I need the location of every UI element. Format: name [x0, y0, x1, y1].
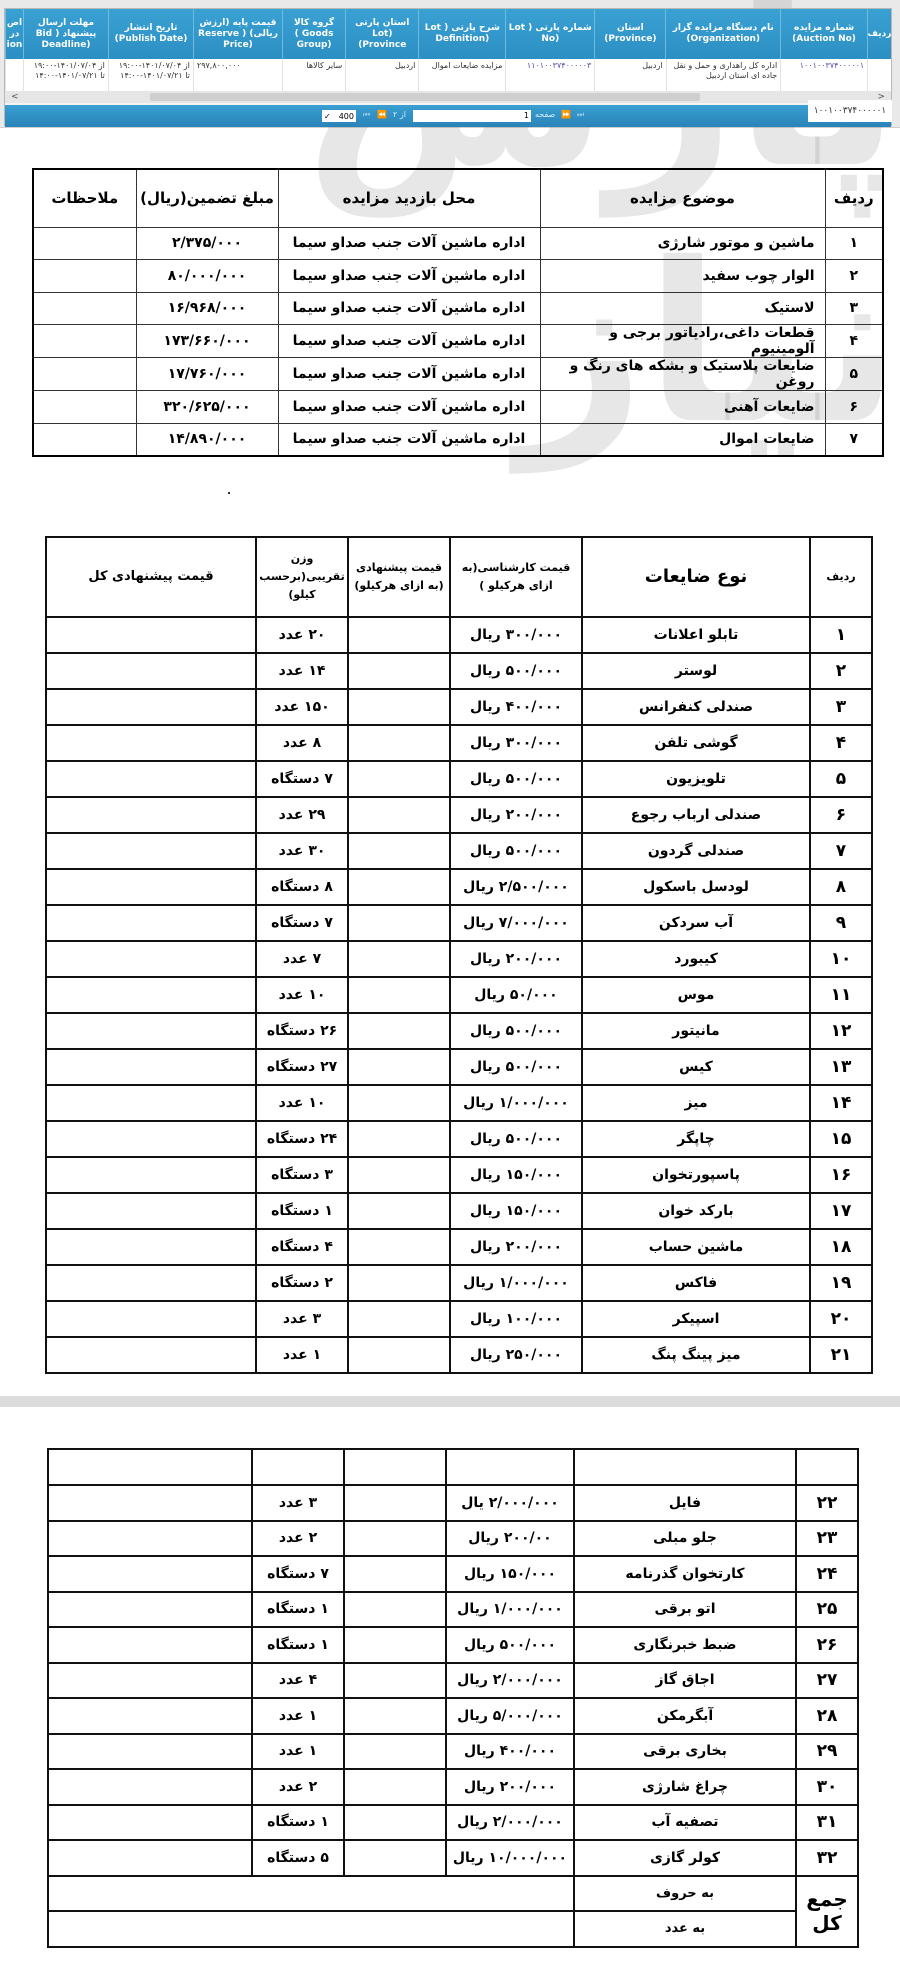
- table-row: ۴قطعات داغی،رادیاتور برجی و آلومینیومادا…: [33, 325, 883, 358]
- cell-row-number: ۲۵: [796, 1592, 858, 1628]
- cell-guarantee: ۸۰/۰۰۰/۰۰۰: [136, 260, 278, 293]
- cell-quantity: ۴ دستگاه: [256, 1229, 348, 1265]
- cell-scrap-type: جلو مبلی: [574, 1521, 796, 1557]
- grid-column-header[interactable]: اص در ion: [5, 9, 23, 59]
- cell-scrap-type: فاکس: [582, 1265, 810, 1301]
- cell-expert-price: ۵۰۰/۰۰۰ ریال: [450, 1013, 582, 1049]
- table-row: ۷ضایعات اموالاداره ماشین آلات جنب صداو س…: [33, 423, 883, 456]
- table-row: ۶ضایعات آهنیاداره ماشین آلات جنب صداو سی…: [33, 391, 883, 424]
- cell-lot-definition: مزایده ضایعات اموال: [418, 59, 505, 91]
- header-auction-subject: موضوع مزایده: [540, 169, 825, 227]
- cell-row-number: ۱۹: [810, 1265, 872, 1301]
- header-scrap-type: نوع ضایعات: [582, 537, 810, 617]
- grid-data-row[interactable]: ۱۰۰۱۰۰۳۷۴۰۰۰۰۰۱ اداره کل راهداری و حمل و…: [5, 59, 891, 91]
- grid-column-header[interactable]: استان پارتی (Lot Province): [345, 9, 418, 59]
- cell-remarks: [33, 423, 136, 456]
- cell-offered-price[interactable]: [348, 1049, 450, 1085]
- grand-total-label: جمع کل: [796, 1876, 858, 1947]
- cell-publish-date: از ۱۴۰۱/۰۷/۰۴-۱۹:۰۰ تا ۱۴۰۱/۰۷/۲۱-۱۴:۰۰: [108, 59, 193, 91]
- cell-offered-price[interactable]: [348, 653, 450, 689]
- cell-row-number: ۴: [825, 325, 883, 358]
- cell-total-price[interactable]: [48, 1840, 252, 1876]
- cell-reserve-price: ۲۹۷,۸۰۰,۰۰۰: [193, 59, 282, 91]
- grid-column-header[interactable]: گروه کالا Goods ) (Group: [282, 9, 345, 59]
- cell-row-number: ۱۵: [810, 1121, 872, 1157]
- grid-column-header[interactable]: شماره مزایده (Auction No): [780, 9, 867, 59]
- cell-offered-price[interactable]: [344, 1627, 446, 1663]
- cell-total-price[interactable]: [48, 1592, 252, 1628]
- cell-quantity: ۳ عدد: [252, 1485, 344, 1521]
- cell-row-number: ۲۷: [796, 1663, 858, 1699]
- grand-total-text: جمع کل: [806, 1887, 847, 1935]
- cell-row-number: ۲۴: [796, 1556, 858, 1592]
- cell-quantity: ۱ دستگاه: [256, 1193, 348, 1229]
- cell-offered-price[interactable]: [344, 1663, 446, 1699]
- cell-offered-price[interactable]: [348, 761, 450, 797]
- cell-scrap-type: صندلی گردون: [582, 833, 810, 869]
- cell-row-number: ۱۳: [810, 1049, 872, 1085]
- cell-row-number: ۱۷: [810, 1193, 872, 1229]
- cell-scrap-type: تابلو اعلانات: [582, 617, 810, 653]
- cell-total-price[interactable]: [48, 1769, 252, 1805]
- cell-expert-price: ۱۰۰/۰۰۰ ریال: [450, 1301, 582, 1337]
- cell-location: اداره ماشین آلات جنب صداو سیما: [278, 325, 540, 358]
- blank-cell: [252, 1449, 344, 1485]
- cell-row-number: ۲: [825, 260, 883, 293]
- cell-lot-no[interactable]: ۱۱۰۱۰۰۳۷۴۰۰۰۰۰۳: [505, 59, 594, 91]
- cell-quantity: ۱ دستگاه: [252, 1627, 344, 1663]
- grid-header-row: ردیفشماره مزایده (Auction No)نام دستگاه …: [5, 9, 891, 59]
- cell-quantity: ۲۷ دستگاه: [256, 1049, 348, 1085]
- cell-guarantee: ۳۲۰/۶۲۵/۰۰۰: [136, 391, 278, 424]
- cell-scrap-type: مانیتور: [582, 1013, 810, 1049]
- cell-offered-price[interactable]: [348, 869, 450, 905]
- cell-offered-price[interactable]: [348, 617, 450, 653]
- scrap-items-table-continued: ۲۲فایل۲/۰۰۰/۰۰۰ یال۳ عدد۲۳جلو مبلی۲۰۰/۰۰…: [47, 1448, 859, 1948]
- cell-row-number: ۴: [810, 725, 872, 761]
- table-row: ۲۵اتو برقی۱/۰۰۰/۰۰۰ ریال۱ دستگاه: [48, 1592, 858, 1628]
- cell-quantity: ۳ دستگاه: [256, 1157, 348, 1193]
- cell-offered-price[interactable]: [344, 1769, 446, 1805]
- cell-total-price[interactable]: [46, 653, 256, 689]
- cell-offered-price[interactable]: [348, 1265, 450, 1301]
- cell-expert-price: ۱/۰۰۰/۰۰۰ ریال: [450, 1265, 582, 1301]
- table-row: ۳صندلی کنفرانس۴۰۰/۰۰۰ ریال۱۵۰ عدد: [46, 689, 872, 725]
- cell-guarantee: ۲/۳۷۵/۰۰۰: [136, 227, 278, 260]
- cell-scrap-type: میز: [582, 1085, 810, 1121]
- cell-expert-price: ۲۰۰/۰۰۰ ریال: [450, 941, 582, 977]
- table-row: ۱۱موس۵۰/۰۰۰ ریال۱۰ عدد: [46, 977, 872, 1013]
- cell-offered-price[interactable]: [348, 1337, 450, 1373]
- cell-offered-price[interactable]: [344, 1840, 446, 1876]
- cell-expert-price: ۴۰۰/۰۰۰ ریال: [450, 689, 582, 725]
- cell-expert-price: ۲۰۰/۰۰۰ ریال: [446, 1769, 574, 1805]
- cell-row-number: ۶: [825, 391, 883, 424]
- table-row: ۲۴کارتخوان گذرنامه۱۵۰/۰۰۰ ریال۷ دستگاه: [48, 1556, 858, 1592]
- page-number-input[interactable]: 1: [413, 110, 531, 122]
- cell-row-number: ۸: [810, 869, 872, 905]
- cell-quantity: ۷ دستگاه: [256, 905, 348, 941]
- cell-total-price[interactable]: [46, 1337, 256, 1373]
- cell-total-price[interactable]: [46, 1193, 256, 1229]
- cell-row-number: ۳: [810, 689, 872, 725]
- cell-quantity: ۸ دستگاه: [256, 869, 348, 905]
- cell-row-number: ۲۲: [796, 1485, 858, 1521]
- cell-offered-price[interactable]: [348, 1193, 450, 1229]
- grid-column-header[interactable]: شماره پارتی ( Lot (No: [505, 9, 594, 59]
- cell-expert-price: ۵۰۰/۰۰۰ ریال: [450, 1121, 582, 1157]
- cell-offered-price[interactable]: [344, 1734, 446, 1770]
- header-total-offered-price: قیمت پیشنهادی کل: [46, 537, 256, 617]
- cell-scrap-type: تصفیه آب: [574, 1805, 796, 1841]
- cell-offered-price[interactable]: [348, 1013, 450, 1049]
- cell-location: اداره ماشین آلات جنب صداو سیما: [278, 227, 540, 260]
- blank-header-row: [48, 1449, 858, 1485]
- cell-expert-price: ۱/۰۰۰/۰۰۰ ریال: [450, 1085, 582, 1121]
- cell-scrap-type: چاپگر: [582, 1121, 810, 1157]
- auction-subjects-table: ردیف موضوع مزایده محل بازدید مزایده مبلغ…: [32, 168, 884, 457]
- table-row: ۶صندلی ارباب رجوع۲۰۰/۰۰۰ ریال۲۹ عدد: [46, 797, 872, 833]
- cell-expert-price: ۲۰۰/۰۰۰ ریال: [450, 1229, 582, 1265]
- cell-total-price[interactable]: [46, 1157, 256, 1193]
- prev-page-icon[interactable]: ⏪: [377, 110, 387, 119]
- table-row: ۲۰اسپیکر۱۰۰/۰۰۰ ریال۳ عدد: [46, 1301, 872, 1337]
- cell-location: اداره ماشین آلات جنب صداو سیما: [278, 292, 540, 325]
- cell-location: اداره ماشین آلات جنب صداو سیما: [278, 260, 540, 293]
- cell-row-number: ۲۳: [796, 1521, 858, 1557]
- cell-quantity: ۱ عدد: [252, 1734, 344, 1770]
- cell-quantity: ۷ دستگاه: [252, 1556, 344, 1592]
- cell-total-price[interactable]: [46, 905, 256, 941]
- cell-scrap-type: ماشین حساب: [582, 1229, 810, 1265]
- total-in-numbers-field[interactable]: [48, 1911, 574, 1947]
- table-row: ۱ماشین و موتور شارژیاداره ماشین آلات جنب…: [33, 227, 883, 260]
- blank-cell: [574, 1449, 796, 1485]
- cell-quantity: ۷ عدد: [256, 941, 348, 977]
- cell-expert-price: ۵۰۰/۰۰۰ ریال: [450, 1049, 582, 1085]
- cell-guarantee: ۱۷/۷۶۰/۰۰۰: [136, 358, 278, 391]
- cell-total-price[interactable]: [46, 1049, 256, 1085]
- table-row: ۱تابلو اعلانات۳۰۰/۰۰۰ ریال۲۰ عدد: [46, 617, 872, 653]
- cell-auction-no[interactable]: ۱۰۰۱۰۰۳۷۴۰۰۰۰۰۱: [780, 59, 867, 91]
- cell-guarantee: ۱۴/۸۹۰/۰۰۰: [136, 423, 278, 456]
- cell-scrap-type: فایل: [574, 1485, 796, 1521]
- cell-expert-price: ۱۵۰/۰۰۰ ریال: [450, 1193, 582, 1229]
- cell-row-number: ۲۰: [810, 1301, 872, 1337]
- table-row: ۱۵چاپگر۵۰۰/۰۰۰ ریال۲۴ دستگاه: [46, 1121, 872, 1157]
- cell-scrap-type: آب سردکن: [582, 905, 810, 941]
- cell-total-price[interactable]: [48, 1627, 252, 1663]
- cell-scrap-type: کیبورد: [582, 941, 810, 977]
- cell-total-price[interactable]: [46, 1301, 256, 1337]
- cell-total-price[interactable]: [48, 1556, 252, 1592]
- cell-offered-price[interactable]: [348, 941, 450, 977]
- cell-subject: ضایعات اموال: [540, 423, 825, 456]
- cell-row-number: ۹: [810, 905, 872, 941]
- cell-quantity: ۲ عدد: [252, 1521, 344, 1557]
- table-row: ۲۲فایل۲/۰۰۰/۰۰۰ یال۳ عدد: [48, 1485, 858, 1521]
- cell-total-price[interactable]: [48, 1698, 252, 1734]
- cell-quantity: ۲۴ دستگاه: [256, 1121, 348, 1157]
- grid-column-header[interactable]: نام دستگاه مزایده گزار (Organization): [665, 9, 780, 59]
- auction-results-grid: پارس نیاز ردیفشماره مزایده (Auction No)ن…: [0, 0, 900, 128]
- cell-location: اداره ماشین آلات جنب صداو سیما: [278, 423, 540, 456]
- cell-row-number: ۲۹: [796, 1734, 858, 1770]
- table-header-row: ردیف موضوع مزایده محل بازدید مزایده مبلغ…: [33, 169, 883, 227]
- cell-expert-price: ۱۰/۰۰۰/۰۰۰ ریال: [446, 1840, 574, 1876]
- grid-column-header[interactable]: استان (Province): [594, 9, 665, 59]
- cell-expert-price: ۲/۰۰۰/۰۰۰ ریال: [446, 1805, 574, 1841]
- cell-offered-price[interactable]: [344, 1485, 446, 1521]
- table-row: ۱۴میز۱/۰۰۰/۰۰۰ ریال۱۰ عدد: [46, 1085, 872, 1121]
- cell-scrap-type: تلویزیون: [582, 761, 810, 797]
- cell-expert-price: ۵/۰۰۰/۰۰۰ ریال: [446, 1698, 574, 1734]
- table-row: ۳۰چراغ شارژی۲۰۰/۰۰۰ ریال۲ عدد: [48, 1769, 858, 1805]
- cell-remarks: [33, 325, 136, 358]
- cell-total-price[interactable]: [48, 1663, 252, 1699]
- scrollbar-thumb[interactable]: [150, 93, 700, 101]
- grid-column-header[interactable]: تاریخ انتشار (Publish Date): [108, 9, 193, 59]
- cell-total-price[interactable]: [46, 617, 256, 653]
- cell-remarks: [33, 358, 136, 391]
- cell-row-number: ۵: [810, 761, 872, 797]
- table-header-row: ردیف نوع ضایعات قیمت کارشناسی(به ازای هر…: [46, 537, 872, 617]
- cell-total-price[interactable]: [46, 1085, 256, 1121]
- cell-expert-price: ۲۰۰/۰۰۰ ریال: [450, 797, 582, 833]
- cell-scrap-type: بارکد خوان: [582, 1193, 810, 1229]
- cell-subject: ضایعات پلاستیک و بشکه های رنگ و روغن: [540, 358, 825, 391]
- grid-column-header[interactable]: شرح پارتی ( Lot (Definition: [418, 9, 505, 59]
- header-approx-weight: وزن تقریبی(برحسب کیلو): [256, 537, 348, 617]
- cell-subject: لاستیک: [540, 292, 825, 325]
- cell-extra: [5, 59, 23, 91]
- table-row: ۸لودسل باسکول۲/۵۰۰/۰۰۰ ریال۸ دستگاه: [46, 869, 872, 905]
- table-row: ۹آب سردکن۷/۰۰۰/۰۰۰ ریال۷ دستگاه: [46, 905, 872, 941]
- cell-offered-price[interactable]: [344, 1592, 446, 1628]
- in-words-label: به حروف: [574, 1876, 796, 1912]
- grid-column-header[interactable]: قیمت پایه (ارزش ریالی) ( Reserve (Price: [193, 9, 282, 59]
- selected-auction-number: ۱۰۰۱۰۰۳۷۴۰۰۰۰۰۱: [808, 100, 892, 122]
- cell-quantity: ۱ عدد: [256, 1337, 348, 1373]
- cell-row-number: ۱۱: [810, 977, 872, 1013]
- cell-offered-price[interactable]: [348, 689, 450, 725]
- cell-scrap-type: پاسپورتخوان: [582, 1157, 810, 1193]
- table-row: ۲۳جلو مبلی۲۰۰/۰۰ ریال۲ عدد: [48, 1521, 858, 1557]
- cell-quantity: ۱۰ عدد: [256, 977, 348, 1013]
- cell-offered-price[interactable]: [344, 1698, 446, 1734]
- cell-quantity: ۲ عدد: [252, 1769, 344, 1805]
- cell-scrap-type: ضبط خبرنگاری: [574, 1627, 796, 1663]
- horizontal-scrollbar[interactable]: < >: [5, 91, 891, 103]
- cell-lot-province: اردبیل: [345, 59, 418, 91]
- cell-total-price[interactable]: [46, 1121, 256, 1157]
- table-row: ۳لاستیکاداره ماشین آلات جنب صداو سیما۱۶/…: [33, 292, 883, 325]
- cell-expert-price: ۵۰۰/۰۰۰ ریال: [450, 833, 582, 869]
- cell-offered-price[interactable]: [348, 1157, 450, 1193]
- cell-total-price[interactable]: [48, 1485, 252, 1521]
- cell-expert-price: ۲/۵۰۰/۰۰۰ ریال: [450, 869, 582, 905]
- cell-expert-price: ۵۰۰/۰۰۰ ریال: [450, 653, 582, 689]
- table-row: ۱۲مانیتور۵۰۰/۰۰۰ ریال۲۶ دستگاه: [46, 1013, 872, 1049]
- table-row: ۲۸آبگرمکن۵/۰۰۰/۰۰۰ ریال۱ عدد: [48, 1698, 858, 1734]
- table-row: ۲۷اجاق گاز۲/۰۰۰/۰۰۰ ریال۴ عدد: [48, 1663, 858, 1699]
- cell-offered-price[interactable]: [348, 1085, 450, 1121]
- cell-row-number: ۶: [810, 797, 872, 833]
- total-in-words-field[interactable]: [48, 1876, 574, 1912]
- table-row: ۴گوشی تلفن۳۰۰/۰۰۰ ریال۸ عدد: [46, 725, 872, 761]
- table-row: ۲لوستر۵۰۰/۰۰۰ ریال۱۴ عدد: [46, 653, 872, 689]
- table-row: ۱۳کیس۵۰۰/۰۰۰ ریال۲۷ دستگاه: [46, 1049, 872, 1085]
- cell-row-number: ۳۰: [796, 1769, 858, 1805]
- header-expert-price: قیمت کارشناسی(به ازای هرکیلو ): [450, 537, 582, 617]
- header-row-number: ردیف: [810, 537, 872, 617]
- scan-artifact: [228, 492, 230, 494]
- cell-scrap-type: میز پینگ پنگ: [582, 1337, 810, 1373]
- cell-row-number: ۱۴: [810, 1085, 872, 1121]
- blank-cell: [344, 1449, 446, 1485]
- cell-total-price[interactable]: [46, 869, 256, 905]
- cell-total-price[interactable]: [46, 977, 256, 1013]
- cell-total-price[interactable]: [46, 689, 256, 725]
- cell-offered-price[interactable]: [344, 1556, 446, 1592]
- table-row: ۱۸ماشین حساب۲۰۰/۰۰۰ ریال۴ دستگاه: [46, 1229, 872, 1265]
- cell-goods-group: سایر کالاها: [282, 59, 345, 91]
- cell-scrap-type: آبگرمکن: [574, 1698, 796, 1734]
- cell-scrap-type: اجاق گاز: [574, 1663, 796, 1699]
- cell-quantity: ۷ دستگاه: [256, 761, 348, 797]
- cell-scrap-type: صندلی ارباب رجوع: [582, 797, 810, 833]
- cell-quantity: ۳ عدد: [256, 1301, 348, 1337]
- cell-organization: اداره کل راهداری و حمل و نقل جاده ای است…: [666, 59, 781, 91]
- cell-offered-price[interactable]: [348, 725, 450, 761]
- table-row: ۱۶پاسپورتخوان۱۵۰/۰۰۰ ریال۳ دستگاه: [46, 1157, 872, 1193]
- cell-total-price[interactable]: [46, 1013, 256, 1049]
- table-row: ۵تلویزیون۵۰۰/۰۰۰ ریال۷ دستگاه: [46, 761, 872, 797]
- cell-scrap-type: لوستر: [582, 653, 810, 689]
- table-row: ۳۲کولر گازی۱۰/۰۰۰/۰۰۰ ریال۵ دستگاه: [48, 1840, 858, 1876]
- page-size-select[interactable]: ✓ 400: [322, 110, 356, 122]
- cell-total-price[interactable]: [46, 797, 256, 833]
- cell-subject: الوار چوب سفید: [540, 260, 825, 293]
- cell-total-price[interactable]: [48, 1734, 252, 1770]
- cell-quantity: ۱ عدد: [252, 1698, 344, 1734]
- cell-row-number: ۳: [825, 292, 883, 325]
- page-count-label: از ۲: [393, 110, 406, 119]
- cell-quantity: ۲۹ عدد: [256, 797, 348, 833]
- cell-quantity: ۲ دستگاه: [256, 1265, 348, 1301]
- grid-column-header[interactable]: ردیف: [867, 9, 891, 59]
- cell-remarks: [33, 391, 136, 424]
- cell-offered-price[interactable]: [348, 797, 450, 833]
- cell-guarantee: ۱۷۳/۶۶۰/۰۰۰: [136, 325, 278, 358]
- table-row: ۲۱میز پینگ پنگ۲۵۰/۰۰۰ ریال۱ عدد: [46, 1337, 872, 1373]
- header-visit-location: محل بازدید مزایده: [278, 169, 540, 227]
- cell-quantity: ۱ دستگاه: [252, 1805, 344, 1841]
- grid-column-header[interactable]: مهلت ارسال پیشنهاد ( Bid (Deadline: [23, 9, 108, 59]
- cell-remarks: [33, 260, 136, 293]
- page-size-value: 400: [339, 112, 354, 121]
- cell-offered-price[interactable]: [344, 1805, 446, 1841]
- cell-bid-deadline: از ۱۴۰۱/۰۷/۰۴-۱۹:۰۰ تا ۱۴۰۱/۰۷/۲۱-۱۴:۰۰: [23, 59, 108, 91]
- first-page-icon[interactable]: ⏮: [363, 110, 370, 120]
- scroll-left-icon[interactable]: <: [11, 91, 19, 103]
- cell-row-number: ۲: [810, 653, 872, 689]
- last-page-icon[interactable]: ⏭: [577, 110, 584, 120]
- cell-quantity: ۱۴ عدد: [256, 653, 348, 689]
- header-remarks: ملاحظات: [33, 169, 136, 227]
- cell-location: اداره ماشین آلات جنب صداو سیما: [278, 391, 540, 424]
- cell-quantity: ۱ دستگاه: [252, 1592, 344, 1628]
- cell-offered-price[interactable]: [348, 905, 450, 941]
- cell-scrap-type: کیس: [582, 1049, 810, 1085]
- cell-expert-price: ۲/۰۰۰/۰۰۰ یال: [446, 1485, 574, 1521]
- cell-offered-price[interactable]: [348, 833, 450, 869]
- cell-province: اردبیل: [594, 59, 665, 91]
- cell-total-price[interactable]: [46, 761, 256, 797]
- cell-scrap-type: صندلی کنفرانس: [582, 689, 810, 725]
- cell-remarks: [33, 227, 136, 260]
- cell-total-price[interactable]: [46, 1229, 256, 1265]
- cell-offered-price[interactable]: [348, 1301, 450, 1337]
- table-row: ۷صندلی گردون۵۰۰/۰۰۰ ریال۳۰ عدد: [46, 833, 872, 869]
- cell-quantity: ۵ دستگاه: [252, 1840, 344, 1876]
- header-guarantee-amount: مبلغ تضمین(ریال): [136, 169, 278, 227]
- cell-expert-price: ۲/۰۰۰/۰۰۰ ریال: [446, 1663, 574, 1699]
- cell-row-number: ۳۱: [796, 1805, 858, 1841]
- cell-total-price[interactable]: [48, 1805, 252, 1841]
- table-row: ۱۷بارکد خوان۱۵۰/۰۰۰ ریال۱ دستگاه: [46, 1193, 872, 1229]
- in-numbers-label: به عدد: [574, 1911, 796, 1947]
- cell-scrap-type: اتو برقی: [574, 1592, 796, 1628]
- cell-total-price[interactable]: [46, 833, 256, 869]
- cell-expert-price: ۲۵۰/۰۰۰ ریال: [450, 1337, 582, 1373]
- cell-scrap-type: اسپیکر: [582, 1301, 810, 1337]
- total-numbers-row: به عدد: [48, 1911, 858, 1947]
- cell-offered-price[interactable]: [344, 1521, 446, 1557]
- cell-row-number: ۲۶: [796, 1627, 858, 1663]
- blank-cell: [796, 1449, 858, 1485]
- scrap-items-table: ردیف نوع ضایعات قیمت کارشناسی(به ازای هر…: [45, 536, 873, 1374]
- next-page-icon[interactable]: ⏩: [561, 110, 571, 119]
- cell-total-price[interactable]: [46, 1265, 256, 1301]
- cell-expert-price: ۷/۰۰۰/۰۰۰ ریال: [450, 905, 582, 941]
- cell-expert-price: ۵۰۰/۰۰۰ ریال: [450, 761, 582, 797]
- cell-total-price[interactable]: [46, 725, 256, 761]
- cell-total-price[interactable]: [46, 941, 256, 977]
- cell-offered-price[interactable]: [348, 1229, 450, 1265]
- cell-scrap-type: لودسل باسکول: [582, 869, 810, 905]
- cell-offered-price[interactable]: [348, 1121, 450, 1157]
- cell-offered-price[interactable]: [348, 977, 450, 1013]
- cell-scrap-type: گوشی تلفن: [582, 725, 810, 761]
- cell-total-price[interactable]: [48, 1521, 252, 1557]
- cell-row-number: ۱۲: [810, 1013, 872, 1049]
- cell-scrap-type: موس: [582, 977, 810, 1013]
- cell-row-number: ۲۸: [796, 1698, 858, 1734]
- cell-quantity: ۱۵۰ عدد: [256, 689, 348, 725]
- cell-quantity: ۸ عدد: [256, 725, 348, 761]
- cell-row-number: ۱: [810, 617, 872, 653]
- cell-quantity: ۴ عدد: [252, 1663, 344, 1699]
- header-offered-price: قیمت پیشنهادی (به ازای هرکیلو): [348, 537, 450, 617]
- table-row: ۵ضایعات پلاستیک و بشکه های رنگ و روغنادا…: [33, 358, 883, 391]
- cell-quantity: ۲۰ عدد: [256, 617, 348, 653]
- table-row: ۲۹بخاری برقی۴۰۰/۰۰۰ ریال۱ عدد: [48, 1734, 858, 1770]
- cell-quantity: ۳۰ عدد: [256, 833, 348, 869]
- cell-expert-price: ۱/۰۰۰/۰۰۰ ریال: [446, 1592, 574, 1628]
- cell-row-number: ۷: [810, 833, 872, 869]
- table-row: ۱۰کیبورد۲۰۰/۰۰۰ ریال۷ عدد: [46, 941, 872, 977]
